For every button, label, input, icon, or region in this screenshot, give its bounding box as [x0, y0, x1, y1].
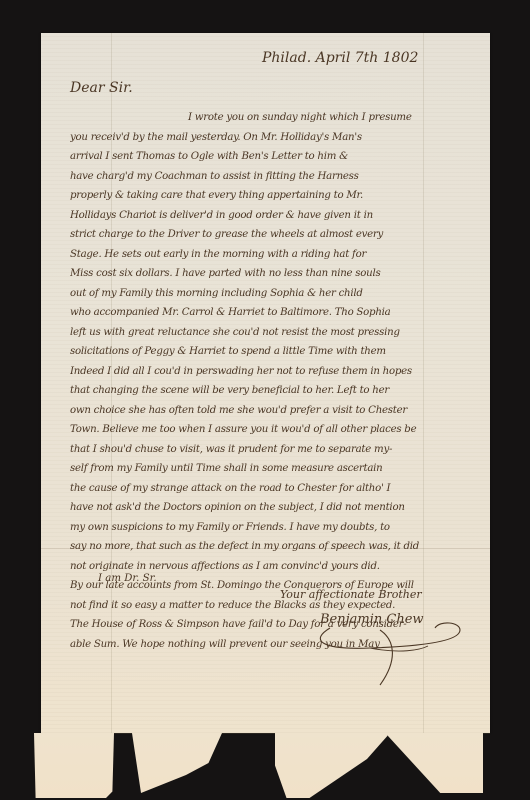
body-line: Hollidays Chariot is deliver'd in good o…: [70, 206, 478, 226]
body-line: that I shou'd chuse to visit, was it pru…: [70, 440, 478, 460]
paper-torn-tab-1: [34, 733, 114, 798]
body-line: Town. Believe me too when I assure you i…: [70, 420, 478, 440]
body-line: strict charge to the Driver to grease th…: [70, 225, 478, 245]
body-line: I wrote you on sunday night which I pres…: [70, 108, 478, 128]
body-line: left us with great reluctance she cou'd …: [70, 323, 478, 343]
body-line: solicitations of Peggy & Harriet to spen…: [70, 342, 478, 362]
body-line: have not ask'd the Doctors opinion on th…: [70, 498, 478, 518]
body-line: own choice she has often told me she wou…: [70, 401, 478, 421]
body-line: Stage. He sets out early in the morning …: [70, 245, 478, 265]
paper-torn-tab-2: [132, 733, 222, 793]
body-line: Miss cost six dollars. I have parted wit…: [70, 264, 478, 284]
body-line: arrival I sent Thomas to Ogle with Ben's…: [70, 147, 478, 167]
letter-sign-off: I am Dr. Sr.: [98, 573, 157, 584]
letter-dateline: Philad. April 7th 1802: [262, 50, 418, 66]
body-line: that changing the scene will be very ben…: [70, 381, 478, 401]
body-line: say no more, that such as the defect in …: [70, 537, 478, 557]
body-line: my own suspicions to my Family or Friend…: [70, 518, 478, 538]
signature-flourish-icon: [310, 620, 470, 690]
paper-torn-tab-3: [275, 733, 390, 798]
paper-torn-tab-4: [388, 733, 483, 793]
body-line: the cause of my strange attack on the ro…: [70, 479, 478, 499]
letter-salutation: Dear Sir.: [70, 80, 133, 96]
letter-closing: Your affectionate Brother: [280, 588, 422, 601]
body-line: out of my Family this morning including …: [70, 284, 478, 304]
body-line: properly & taking care that every thing …: [70, 186, 478, 206]
body-line: Indeed I did all I cou'd in perswading h…: [70, 362, 478, 382]
body-line: have charg'd my Coachman to assist in fi…: [70, 167, 478, 187]
body-line: self from my Family until Time shall in …: [70, 459, 478, 479]
scan-background: Philad. April 7th 1802 Dear Sir. I wrote…: [0, 0, 530, 800]
body-line: who accompanied Mr. Carrol & Harriet to …: [70, 303, 478, 323]
body-line: you receiv'd by the mail yesterday. On M…: [70, 128, 478, 148]
